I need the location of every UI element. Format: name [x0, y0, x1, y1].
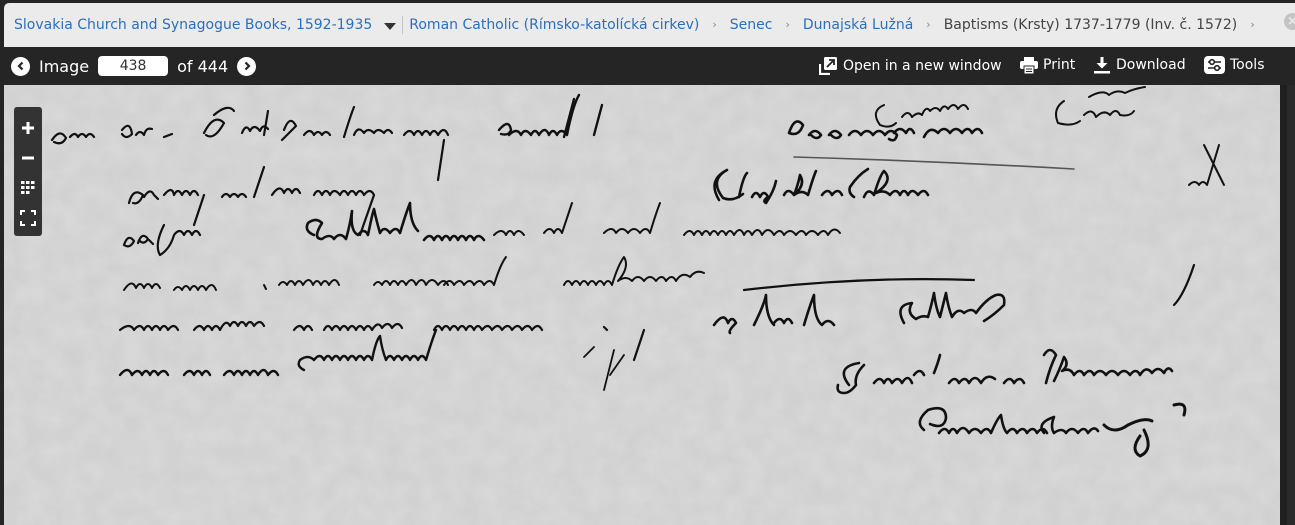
- breadcrumb-town-link[interactable]: Dunajská Lužná: [803, 17, 913, 33]
- next-image-button[interactable]: [237, 57, 256, 76]
- download-icon: [1093, 56, 1111, 74]
- zoom-in-button[interactable]: [14, 113, 42, 143]
- print-button[interactable]: Print: [1020, 56, 1075, 74]
- zoom-out-button[interactable]: [14, 143, 42, 173]
- sliders-icon: [1204, 56, 1225, 74]
- download-label: Download: [1116, 57, 1186, 73]
- image-toolbar: Image of 444 Open in a new window Print …: [0, 47, 1295, 85]
- breadcrumb-collection-link[interactable]: Slovakia Church and Synagogue Books, 159…: [14, 17, 372, 33]
- minus-icon: [21, 151, 35, 165]
- open-new-window-icon: [819, 56, 838, 75]
- gallery-view-button[interactable]: [14, 173, 42, 203]
- image-number-input[interactable]: [98, 56, 168, 76]
- handwritten-record-image: [4, 85, 1287, 525]
- fullscreen-icon: [20, 210, 36, 226]
- tools-button[interactable]: Tools: [1204, 56, 1265, 74]
- plus-icon: [21, 121, 35, 135]
- open-new-window-button[interactable]: Open in a new window: [819, 56, 1002, 75]
- chevron-left-icon: [16, 61, 26, 71]
- document-image-viewer[interactable]: [4, 85, 1287, 525]
- download-button[interactable]: Download: [1093, 56, 1186, 74]
- breadcrumb-separator-icon: ›: [926, 18, 930, 31]
- close-icon[interactable]: ×: [1284, 13, 1295, 30]
- viewer-right-border: [1287, 85, 1295, 525]
- breadcrumb-current-record: Baptisms (Krsty) 1737-1779 (Inv. č. 1572…: [944, 17, 1238, 33]
- breadcrumb-county-link[interactable]: Senec: [730, 17, 773, 33]
- printer-icon: [1020, 56, 1038, 74]
- breadcrumb-separator-icon: ›: [712, 18, 716, 31]
- image-total-label: of 444: [177, 57, 228, 76]
- image-label: Image: [39, 57, 89, 76]
- divider: [402, 16, 403, 34]
- grid-icon: [21, 181, 35, 195]
- chevron-right-icon: [242, 61, 252, 71]
- breadcrumb-separator-icon: ›: [785, 18, 789, 31]
- previous-image-button[interactable]: [11, 57, 30, 76]
- breadcrumb-separator-icon: ›: [1250, 18, 1254, 31]
- zoom-controls: [14, 107, 42, 236]
- breadcrumb-religion-link[interactable]: Roman Catholic (Rímsko-katolícká cirkev): [409, 17, 699, 33]
- collection-dropdown-caret-icon[interactable]: [384, 23, 396, 30]
- fullscreen-button[interactable]: [14, 203, 42, 233]
- breadcrumb: Slovakia Church and Synagogue Books, 159…: [4, 3, 1295, 47]
- open-new-window-label: Open in a new window: [843, 58, 1002, 74]
- tools-label: Tools: [1230, 57, 1265, 73]
- print-label: Print: [1043, 57, 1075, 73]
